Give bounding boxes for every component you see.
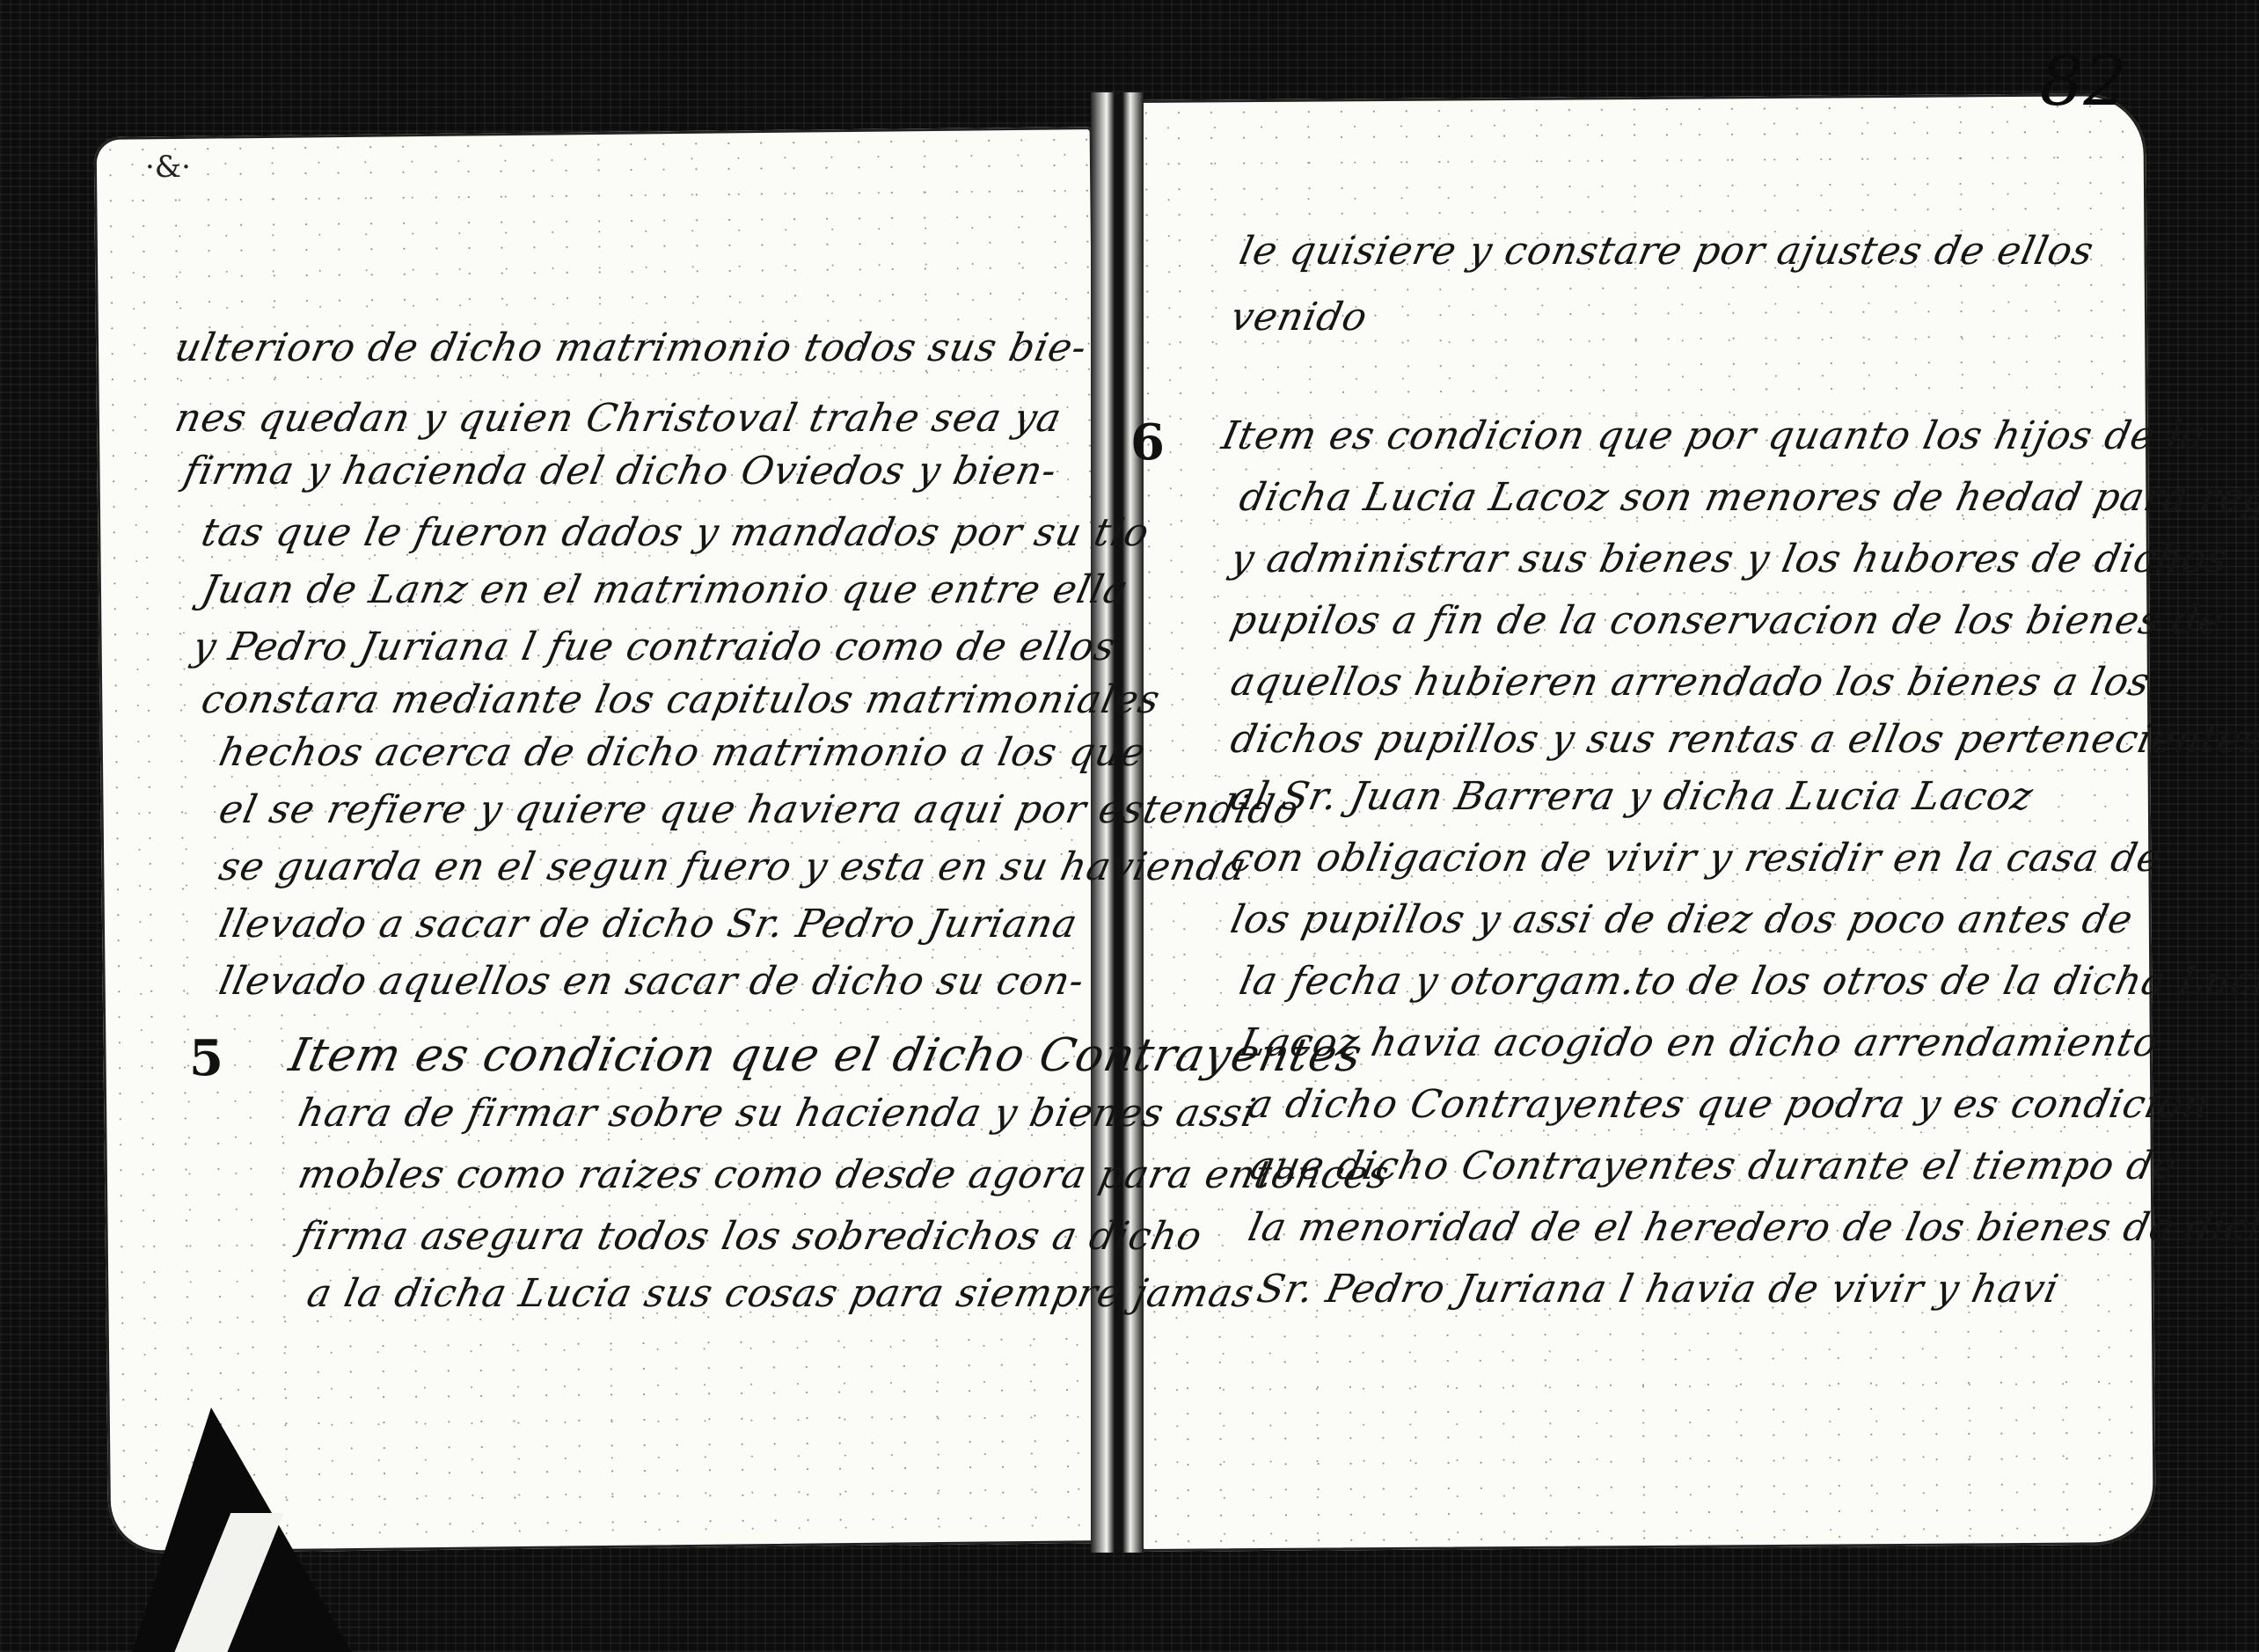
manuscript-line: tas que le fueron dados y mandados por s… <box>198 510 1154 555</box>
paragraph-marker: 5 <box>189 1029 223 1087</box>
manuscript-line: Item es condicion que el dicho Contrayen… <box>285 1029 1367 1082</box>
manuscript-line: dichos pupillos y sus rentas a ellos per… <box>1227 717 2259 762</box>
manuscript-line: aquellos hubieren arrendado los bienes a… <box>1227 660 2155 705</box>
manuscript-line: Sr. Pedro Juriana l havia de vivir y hav… <box>1254 1267 2064 1312</box>
manuscript-line: y Pedro Juriana l fue contraido como de … <box>189 625 1121 669</box>
manuscript-line: al Sr. Juan Barrera y dicha Lucia Lacoz <box>1227 774 2037 819</box>
manuscript-line: llevado a sacar de dicho Sr. Pedro Juria… <box>216 902 1082 947</box>
manuscript-line: la menoridad de el heredero de los biene… <box>1245 1205 2259 1250</box>
manuscript-line: la fecha y otorgam.to de los otros de la… <box>1236 959 2259 1004</box>
manuscript-line: Juan de Lanz en el matrimonio que entre … <box>198 567 1133 612</box>
paragraph-marker: 6 <box>1130 413 1165 471</box>
manuscript-line: el se refiere y quiere que haviera aqui … <box>216 787 1304 832</box>
manuscript-line: que dicho Contrayentes durante el tiempo… <box>1245 1144 2182 1188</box>
manuscript-line: ulterioro de dicho matrimonio todos sus … <box>172 325 1092 370</box>
manuscript-line: hechos acerca de dicho matrimonio a los … <box>216 730 1151 775</box>
manuscript-line: firma asegura todos los sobredichos a di… <box>295 1214 1207 1259</box>
manuscript-line: mobles como raizes como desde agora para… <box>295 1152 1394 1197</box>
manuscript-line: hara de firmar sobre su hacienda y biene… <box>295 1091 1261 1136</box>
manuscript-line: los pupillos y assi de diez dos poco ant… <box>1227 897 2138 942</box>
manuscript-line: llevado aquellos en sacar de dicho su co… <box>216 959 1089 1004</box>
manuscript-line: Lacoz havia acogido en dicho arrendamien… <box>1236 1020 2163 1065</box>
manuscript-line: le quisiere y constare por ajustes de el… <box>1236 229 2098 274</box>
manuscript-line: pupilos a fin de la conservacion de los … <box>1227 598 2228 643</box>
manuscript-line: con obligacion de vivir y residir en la … <box>1227 836 2166 881</box>
manuscript-line: dicha Lucia Lacoz son menores de hedad p… <box>1236 475 2259 520</box>
corner-mark: ·&· <box>145 150 191 185</box>
manuscript-line: nes quedan y quien Christoval trahe sea … <box>172 396 1066 441</box>
manuscript-line: y administrar sus bienes y los hubores d… <box>1227 537 2233 581</box>
manuscript-line: a dicho Contrayentes que podra y es cond… <box>1245 1082 2214 1127</box>
manuscript-line: Item es condicion que por quanto los hij… <box>1218 413 2211 458</box>
manuscript-line: a la dicha Lucia sus cosas para siempre … <box>303 1271 1259 1316</box>
manuscript-line: constara mediante los capitulos matrimon… <box>198 677 1165 722</box>
folio-number: 82 <box>2040 42 2127 121</box>
manuscript-line: venido <box>1227 295 1372 340</box>
manuscript-line: se guarda en el segun fuero y esta en su… <box>216 844 1252 889</box>
manuscript-line: firma y hacienda del dicho Oviedos y bie… <box>180 449 1062 493</box>
